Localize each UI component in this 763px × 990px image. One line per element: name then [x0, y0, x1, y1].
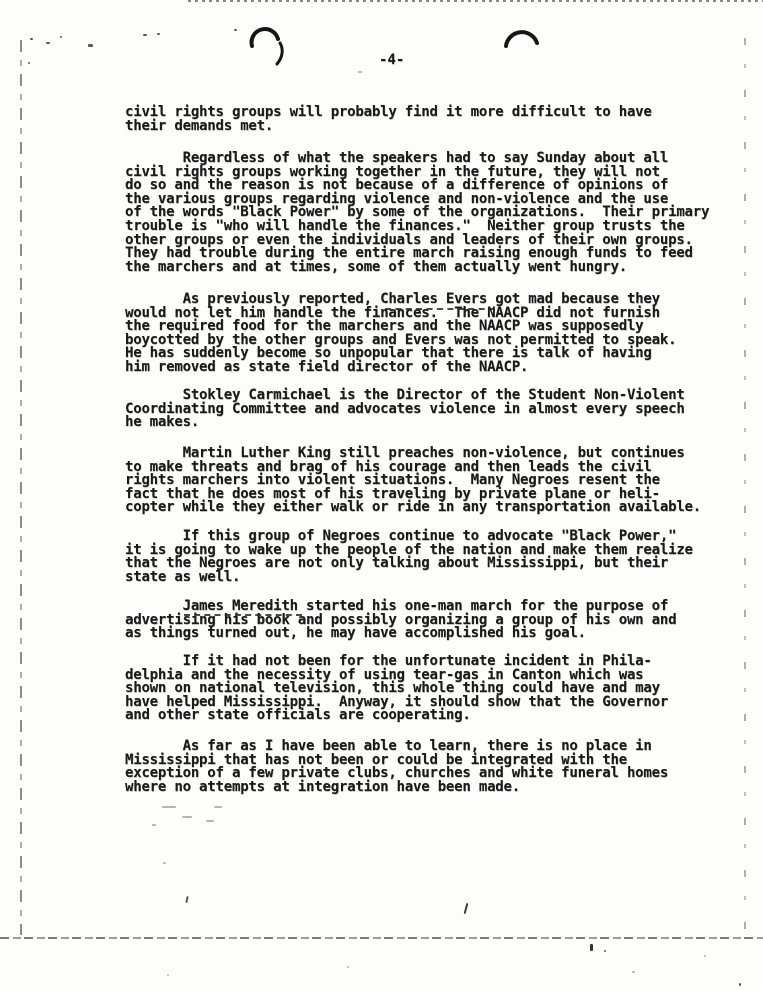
scan-mark	[590, 944, 593, 951]
scan-speck	[157, 33, 160, 35]
scan-speck	[704, 955, 706, 957]
paragraph-5: Martin Luther King still preaches non-vi…	[125, 447, 701, 515]
paragraph-3: As previously reported, Charles Evers go…	[125, 293, 676, 375]
scan-speck	[143, 34, 147, 36]
underline-charles-evers	[385, 308, 495, 310]
scan-speck	[632, 971, 635, 973]
paragraph-9: As far as I have been able to learn, the…	[125, 740, 668, 794]
underline-james-meredith	[184, 614, 302, 616]
pencil-smudge	[214, 806, 222, 808]
paragraph-8: If it had not been for the unfortunate i…	[125, 655, 668, 723]
page-bottom-dashed-edge	[0, 937, 763, 939]
paragraph-7: James Meredith started his one-man march…	[125, 600, 676, 641]
scan-speck	[234, 29, 237, 31]
pencil-smudge	[206, 820, 214, 822]
scan-speck	[358, 71, 362, 73]
paperclip-mark-icon	[503, 30, 543, 50]
backslash-mark	[464, 903, 469, 914]
scan-speck	[604, 950, 606, 952]
scan-speck	[60, 36, 62, 38]
scan-speck	[163, 862, 166, 864]
paperclip-mark-icon	[247, 26, 293, 66]
scan-speck	[46, 42, 50, 44]
paragraph-1: civil rights groups will probably find i…	[125, 106, 652, 133]
pencil-smudge	[182, 816, 192, 818]
page-top-dotted-edge	[188, 0, 763, 2]
scanned-document-page: -4- civil rights groups will probably fi…	[0, 0, 763, 990]
page-number: -4-	[379, 52, 404, 68]
scan-speck	[30, 38, 33, 40]
page-right-dashed-edge	[744, 38, 746, 938]
scan-mark	[185, 896, 188, 903]
scan-speck	[739, 983, 741, 986]
scan-speck	[88, 44, 93, 47]
pencil-smudge	[152, 824, 156, 826]
page-left-dashed-edge	[20, 40, 22, 935]
paragraph-2: Regardless of what the speakers had to s…	[125, 152, 709, 274]
pencil-smudge	[162, 806, 176, 808]
paragraph-4: Stokley Carmichael is the Director of th…	[125, 389, 685, 430]
scan-speck	[167, 974, 169, 976]
paragraph-6: If this group of Negroes continue to adv…	[125, 530, 693, 584]
scan-speck	[347, 966, 349, 968]
scan-speck	[28, 62, 30, 64]
